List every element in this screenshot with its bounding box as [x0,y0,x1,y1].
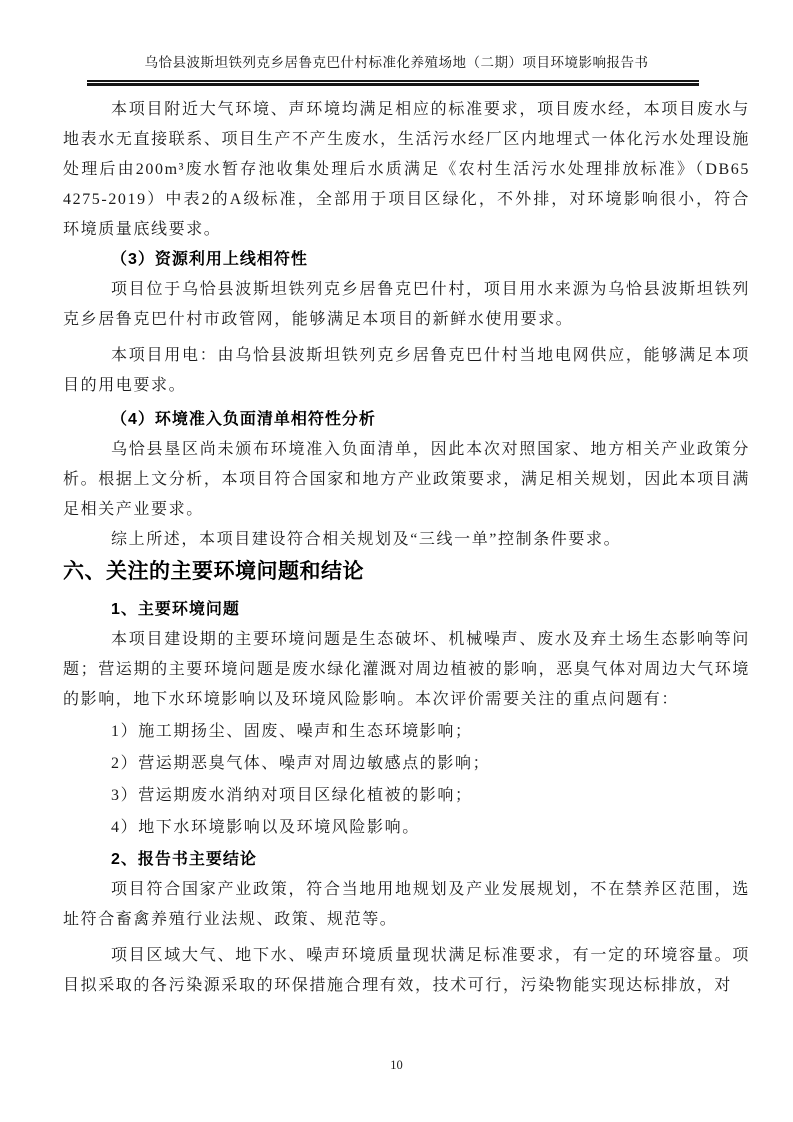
paragraph-conclusion-policy: 项目符合国家产业政策，符合当地用地规划及产业发展规划，不在禁养区范围，选址符合畜… [63,875,750,935]
header-double-rule [87,80,699,86]
section-heading-main-issues-and-conclusions: 六、关注的主要环境问题和结论 [63,555,750,589]
paragraph-negative-list: 乌恰县垦区尚未颁布环境准入负面清单，因此本次对照国家、地方相关产业政策分析。根据… [63,435,750,525]
document-page: 乌恰县波斯坦铁列克乡居鲁克巴什村标准化养殖场地（二期）项目环境影响报告书 本项目… [0,0,793,1122]
issue-list-item-1: 1）施工期扬尘、固废、噪声和生态环境影响； [63,717,750,747]
page-header-title: 乌恰县波斯坦铁列克乡居鲁克巴什村标准化养殖场地（二期）项目环境影响报告书 [60,51,733,71]
issue-list: 1）施工期扬尘、固废、噪声和生态环境影响； 2）营运期恶臭气体、噪声对周边敏感点… [63,717,750,843]
page-number: 10 [0,1058,793,1073]
paragraph-power-supply: 本项目用电：由乌恰县波斯坦铁列克乡居鲁克巴什村当地电网供应，能够满足本项目的用电… [63,341,750,401]
issue-list-item-3: 3）营运期废水消纳对项目区绿化植被的影响； [63,781,750,811]
paragraph-summary: 综上所述，本项目建设符合相关规划及“三线一单”控制条件要求。 [63,525,750,555]
document-body: 本项目附近大气环境、声环境均满足相应的标准要求，项目废水经，本项目废水与地表水无… [63,95,750,1001]
subheading-negative-list-analysis: （4）环境准入负面清单相符性分析 [63,405,750,435]
paragraph-water-supply: 项目位于乌恰县波斯坦铁列克乡居鲁克巴什村，项目用水来源为乌恰县波斯坦铁列克乡居鲁… [63,275,750,335]
paragraph-conclusion-environment: 项目区域大气、地下水、噪声环境质量现状满足标准要求，有一定的环境容量。项目拟采取… [63,941,750,1001]
subheading-report-conclusions: 2、报告书主要结论 [63,845,750,875]
issue-list-item-4: 4）地下水环境影响以及环境风险影响。 [63,813,750,843]
subheading-resource-compliance: （3）资源利用上线相符性 [63,245,750,275]
issue-list-item-2: 2）营运期恶臭气体、噪声对周边敏感点的影响； [63,749,750,779]
paragraph-env-quality: 本项目附近大气环境、声环境均满足相应的标准要求，项目废水经，本项目废水与地表水无… [63,95,750,245]
paragraph-issues-intro: 本项目建设期的主要环境问题是生态破坏、机械噪声、废水及弃土场生态影响等问题；营运… [63,625,750,715]
subheading-main-environmental-issues: 1、主要环境问题 [63,595,750,625]
